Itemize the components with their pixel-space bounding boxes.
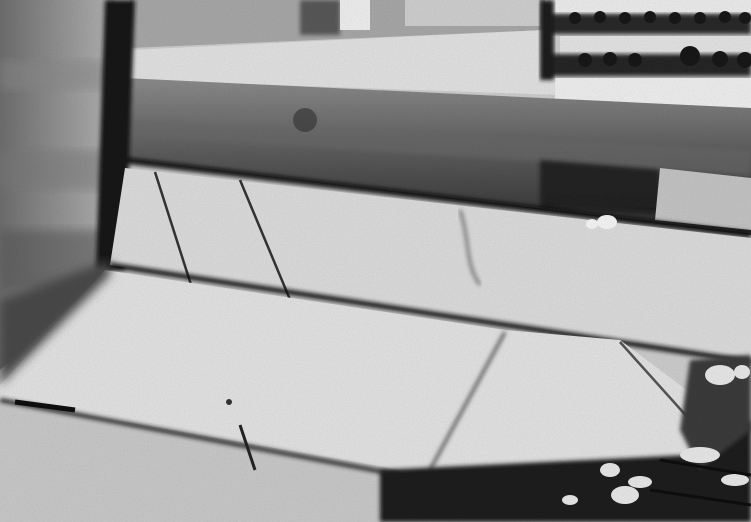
photo-canvas [0,0,751,522]
bench-photograph: Grainy monochrome photograph of a weathe… [0,0,751,522]
top-right-rail [540,0,751,112]
